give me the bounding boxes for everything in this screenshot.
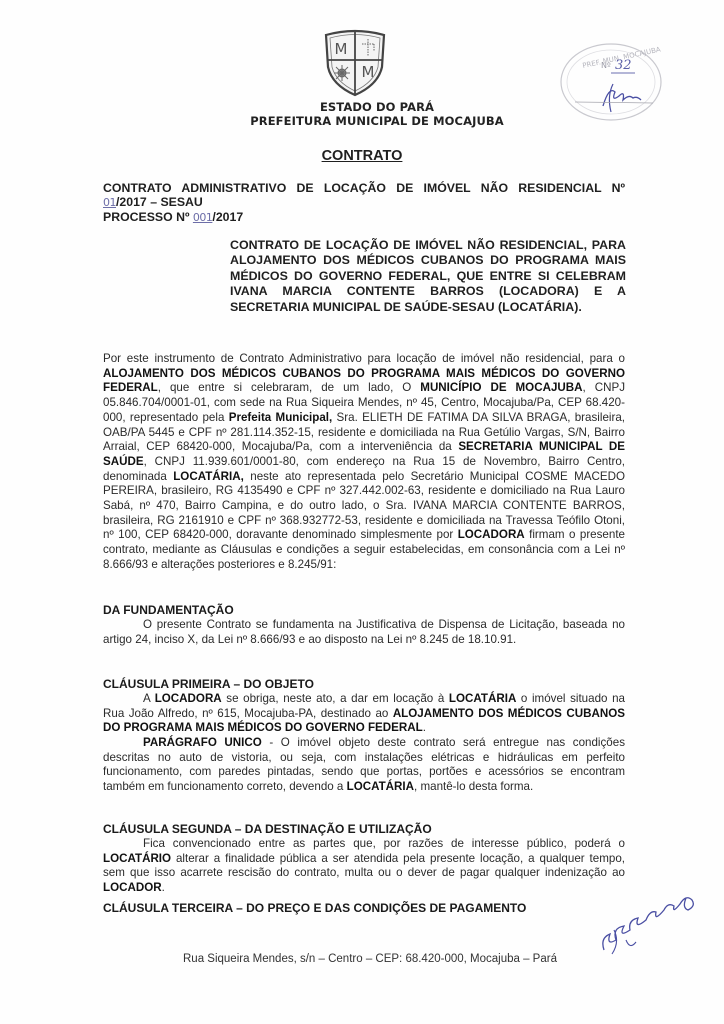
text-run: alterar a finalidade pública a ser atend… [103,852,625,880]
document-page: M M ESTADO DO PARÁ PREFEITURA MUNICIPAL … [0,0,724,1024]
text-run: , mantê-lo desta forma. [414,780,533,793]
footer-address: Rua Siqueira Mendes, s/n – Centro – CEP:… [8,953,724,965]
stamp-number-label: Nº [601,61,611,70]
svg-text:M: M [335,40,348,58]
bold-text-run: LOCADORA [155,692,222,705]
text-run: . [423,721,426,734]
text-run: se obriga, neste ato, a dar em locação à [222,692,449,705]
document-title: CONTRATO [0,148,724,164]
text-run: , que entre si celebraram, de um lado, O [158,381,421,394]
clausula-primeira-paragraph: A LOCADORA se obriga, neste ato, a dar e… [103,692,625,736]
bold-text-run: LOCADORA [458,528,525,541]
process-number-handwritten: 001 [193,211,213,224]
text-run: O presente Contrato se fundamenta na Jus… [103,618,625,646]
bold-text-run: LOCATÁRIA [449,692,516,705]
text-run: Por este instrumento de Contrato Adminis… [103,352,625,365]
clausula-segunda-paragraph: Fica convencionado entre as partes que, … [103,837,625,896]
fundamentacao-paragraph: O presente Contrato se fundamenta na Jus… [103,618,625,647]
contract-year-suffix: /2017 – SESAU [116,195,203,209]
text-run: Fica convencionado entre as partes que, … [143,837,625,850]
page-number-stamp-icon: PREF. MUN. MOCAJUBA Nº 32 [553,36,663,122]
paragrafo-unico-paragraph: PARÁGRAFO UNICO - O imóvel objeto deste … [103,736,625,795]
contract-identifier: CONTRATO ADMINISTRATIVO DE LOCAÇÃO DE IM… [103,181,625,225]
contract-id-line: CONTRATO ADMINISTRATIVO DE LOCAÇÃO DE IM… [103,181,625,195]
bold-text-run: LOCATÁRIA [347,780,414,793]
bold-text-run: LOCADOR [103,881,162,894]
section-heading-clausula-segunda: CLÁUSULA SEGUNDA – DA DESTINAÇÃO E UTILI… [103,822,432,836]
text-run: A [143,692,155,705]
bold-text-run: Prefeita Municipal, [229,411,333,424]
svg-text:M: M [362,63,375,81]
text-run: . [162,881,165,894]
section-heading-clausula-primeira: CLÁUSULA PRIMEIRA – DO OBJETO [103,677,314,691]
section-heading-clausula-terceira: CLÁUSULA TERCEIRA – DO PREÇO E DAS CONDI… [103,901,526,915]
preamble-paragraph: Por este instrumento de Contrato Adminis… [103,352,625,573]
contract-number-handwritten: 01 [103,196,116,209]
process-year-suffix: /2017 [212,210,243,224]
process-label: PROCESSO Nº [103,210,193,224]
municipal-coat-of-arms-icon: M M [322,27,388,97]
bold-text-run: PARÁGRAFO UNICO [143,736,262,749]
bold-text-run: LOCATÁRIA, [173,470,244,483]
stamp-page-number: 32 [615,58,632,73]
bold-text-run: MUNICÍPIO DE MOCAJUBA [420,381,582,394]
margin-signature-icon [590,850,710,960]
section-heading-fundamentacao: DA FUNDAMENTAÇÃO [103,603,234,617]
bold-text-run: LOCATÁRIO [103,852,171,865]
contract-summary: CONTRATO DE LOCAÇÃO DE IMÓVEL NÃO RESIDE… [230,238,626,315]
